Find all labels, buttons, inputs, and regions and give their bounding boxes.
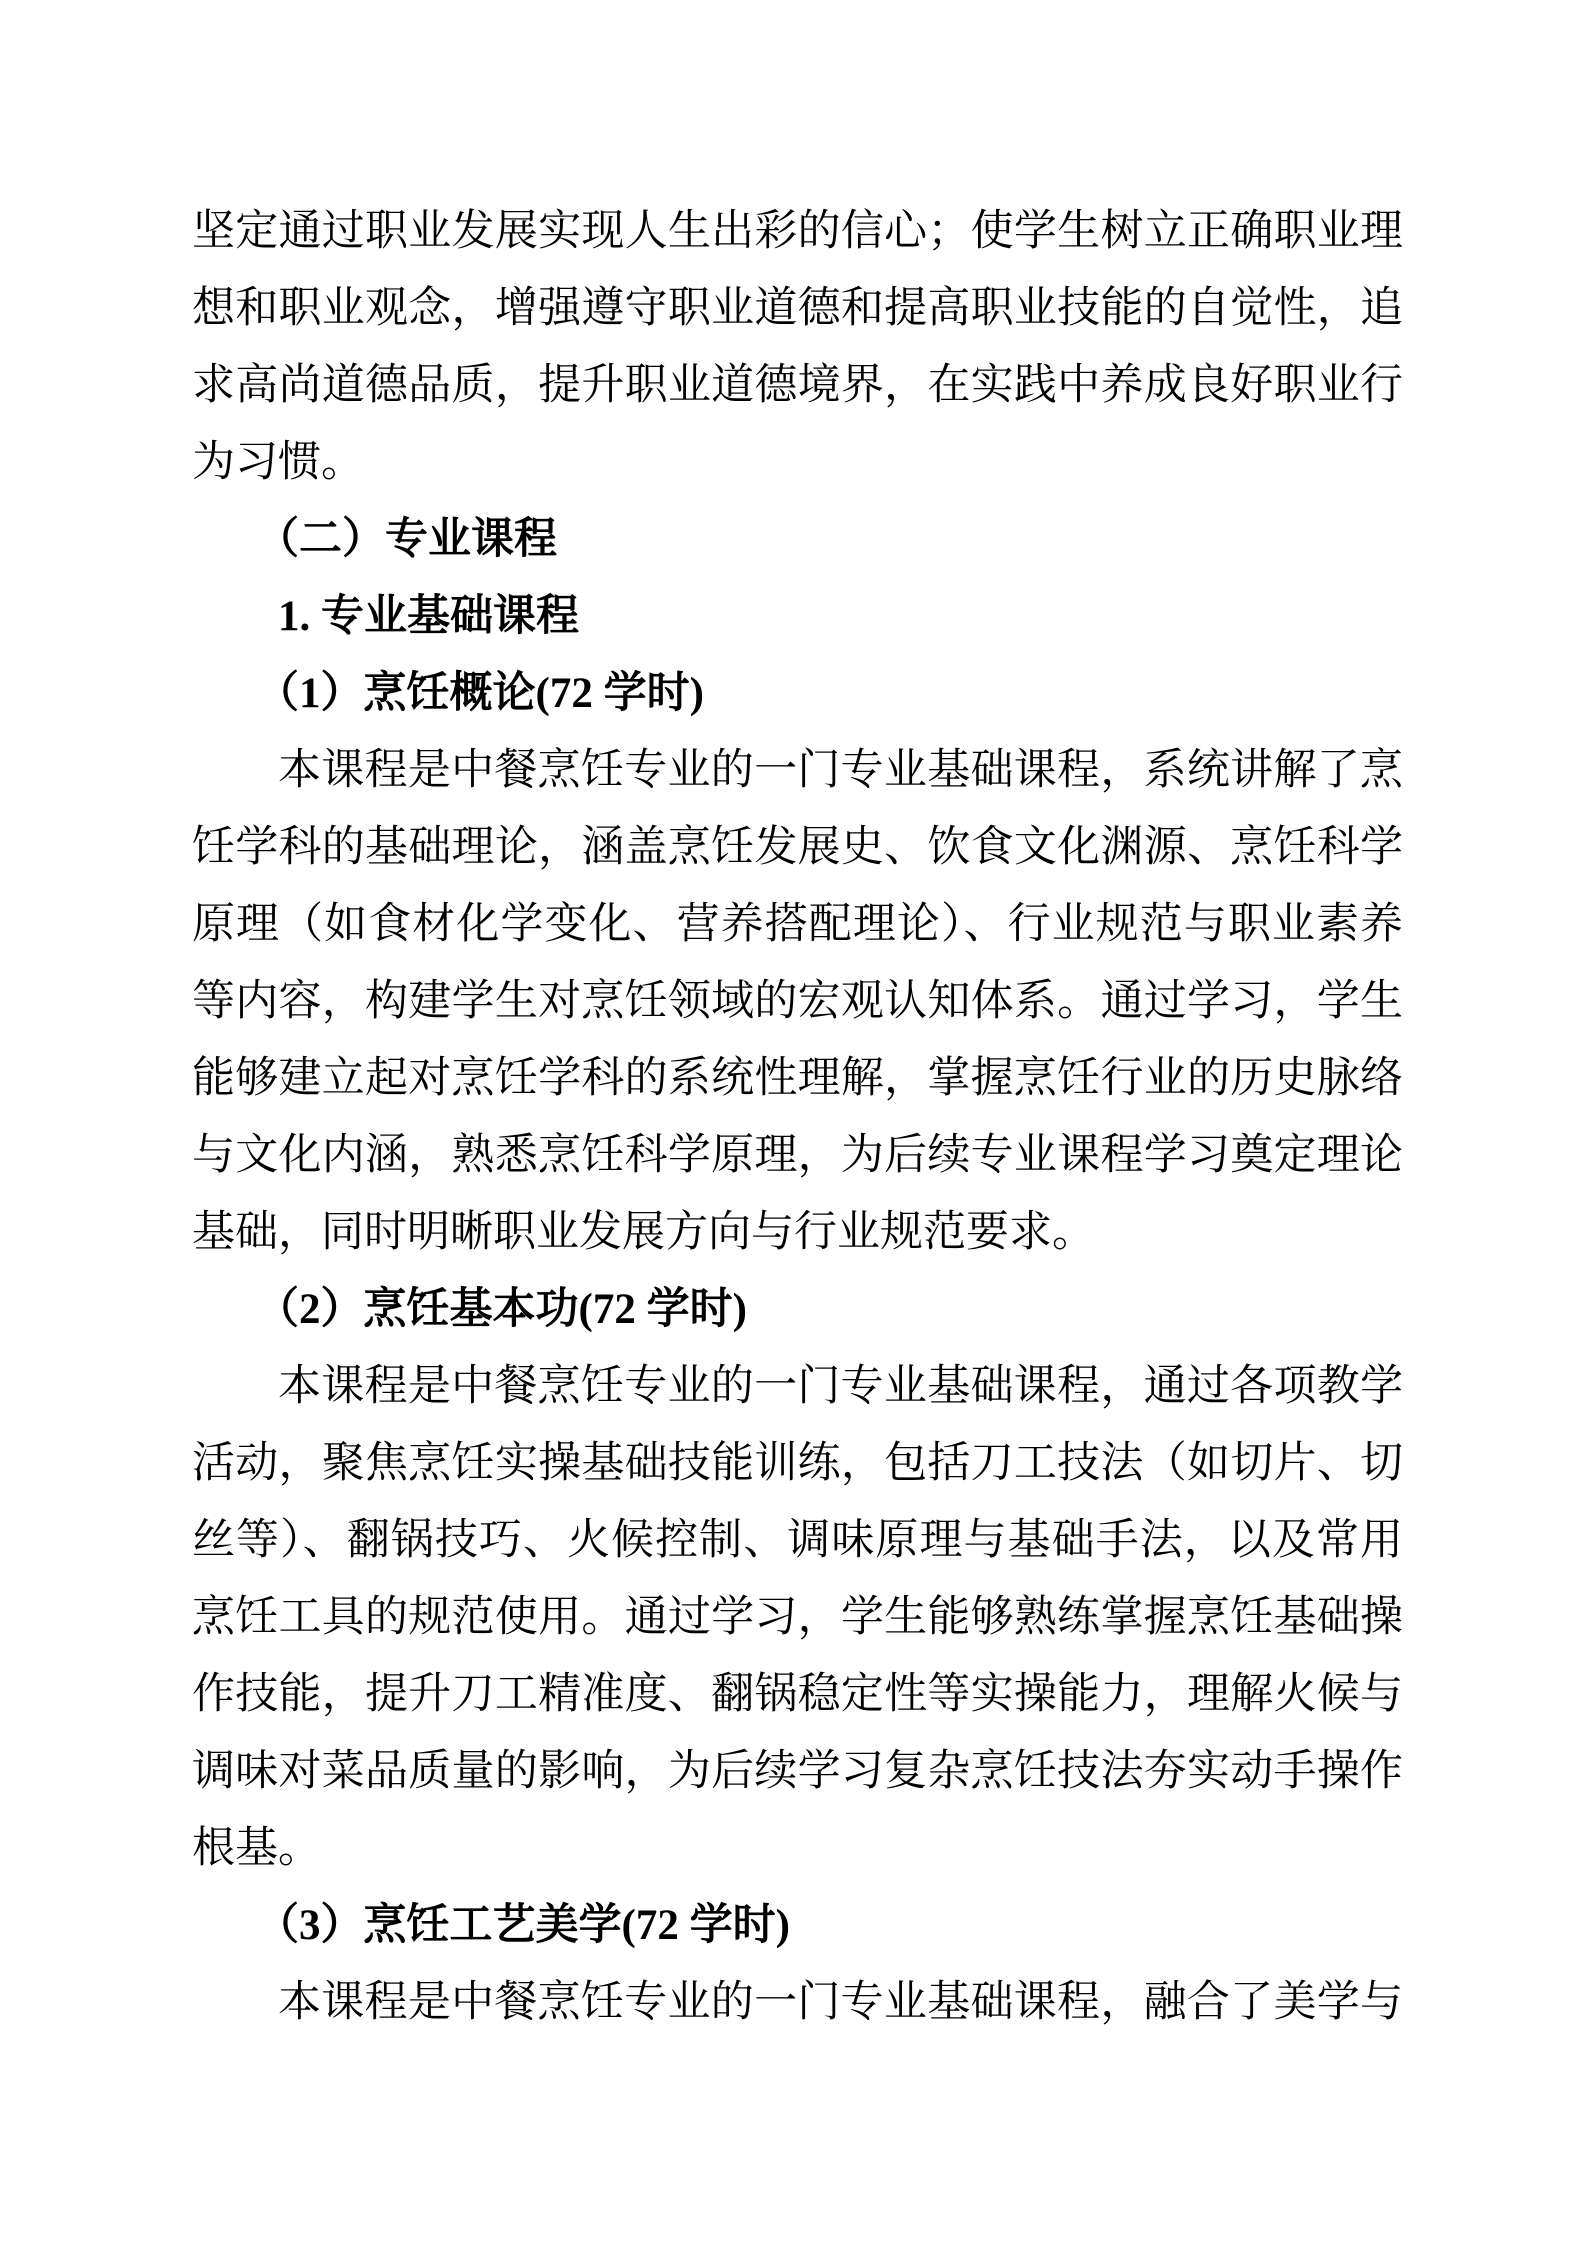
body-text-line: 与文化内涵，熟悉烹饪科学原理，为后续专业课程学习奠定理论 [192,1117,1403,1194]
body-text-line: 烹饪工具的规范使用。通过学习，学生能够熟练掌握烹饪基础操 [192,1579,1403,1656]
body-text-line: 想和职业观念，增强遵守职业道德和提高职业技能的自觉性，追 [192,270,1403,347]
heading-line: （2）烹饪基本功(72 学时) [192,1271,1403,1348]
body-text-line: 本课程是中餐烹饪专业的一门专业基础课程，系统讲解了烹 [192,732,1403,809]
body-text-line: 求高尚道德品质，提升职业道德境界，在实践中养成良好职业行 [192,347,1403,424]
heading-line: 1. 专业基础课程 [192,578,1403,655]
heading-line: （二）专业课程 [192,501,1403,578]
body-text-line: 作技能，提升刀工精准度、翻锅稳定性等实操能力，理解火候与 [192,1656,1403,1733]
body-text-line: 丝等）、翻锅技巧、火候控制、调味原理与基础手法，以及常用 [192,1502,1403,1579]
body-text-line: 活动，聚焦烹饪实操基础技能训练，包括刀工技法（如切片、切 [192,1425,1403,1502]
body-text-line: 原理（如食材化学变化、营养搭配理论）、行业规范与职业素养 [192,886,1403,963]
heading-line: （1）烹饪概论(72 学时) [192,655,1403,732]
body-text-line: 本课程是中餐烹饪专业的一门专业基础课程，通过各项教学 [192,1348,1403,1425]
body-text-line: 基础，同时明晰职业发展方向与行业规范要求。 [192,1194,1403,1271]
body-text-line: 坚定通过职业发展实现人生出彩的信心；使学生树立正确职业理 [192,193,1403,270]
body-text-line: 能够建立起对烹饪学科的系统性理解，掌握烹饪行业的历史脉络 [192,1040,1403,1117]
body-text-line: 等内容，构建学生对烹饪领域的宏观认知体系。通过学习，学生 [192,963,1403,1040]
body-text-line: 为习惯。 [192,424,1403,501]
document-page: 坚定通过职业发展实现人生出彩的信心；使学生树立正确职业理想和职业观念，增强遵守职… [0,0,1587,2245]
body-text-line: 调味对菜品质量的影响，为后续学习复杂烹饪技法夯实动手操作 [192,1733,1403,1810]
text-block: 坚定通过职业发展实现人生出彩的信心；使学生树立正确职业理想和职业观念，增强遵守职… [192,193,1403,2041]
body-text-line: 根基。 [192,1810,1403,1887]
heading-line: （3）烹饪工艺美学(72 学时) [192,1887,1403,1964]
body-text-line: 本课程是中餐烹饪专业的一门专业基础课程，融合了美学与 [192,1964,1403,2041]
body-text-line: 饪学科的基础理论，涵盖烹饪发展史、饮食文化渊源、烹饪科学 [192,809,1403,886]
